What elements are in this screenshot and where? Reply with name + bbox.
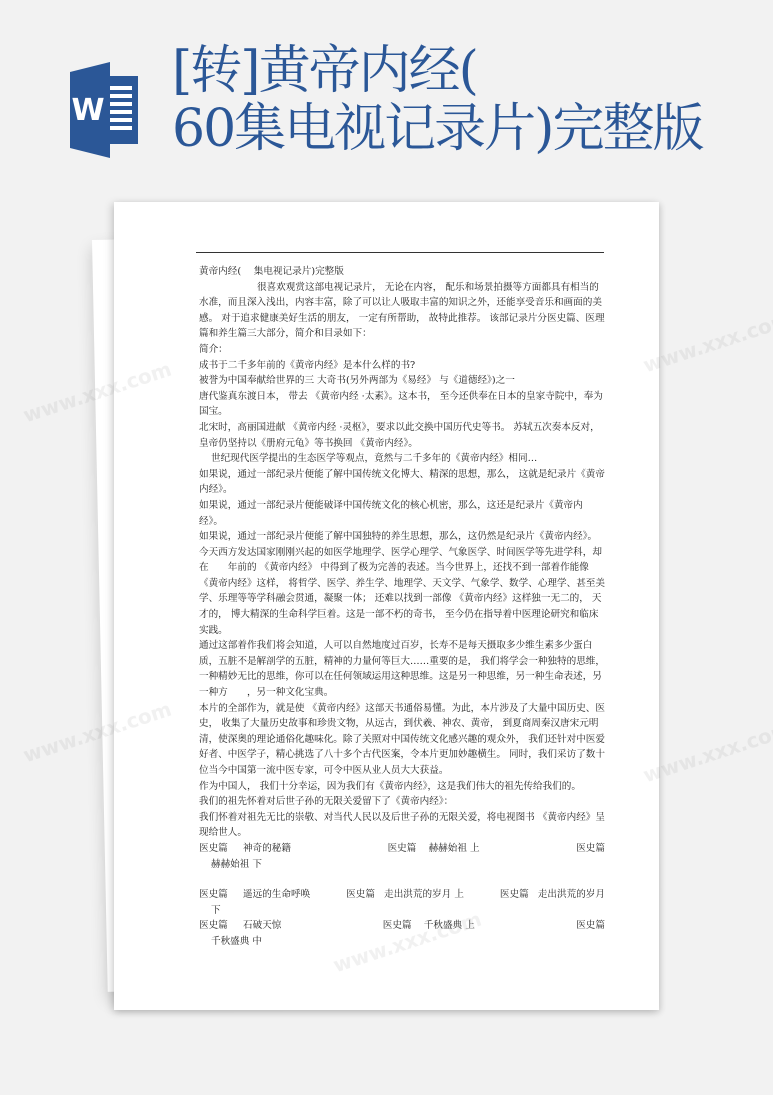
- toc-continuation: 赫赫始祖 下: [199, 857, 605, 873]
- paragraph: 我们怀着对祖先无比的崇敬、对当代人民以及后世子孙的无限关爱，将电视图书 《黄帝内…: [199, 810, 605, 841]
- toc-title: 遥远的生命呼唤: [243, 887, 310, 903]
- paragraph: 很喜欢观赏这部电视记录片， 无论在内容， 配乐和场景拍摄等方面都具有相当的水准，…: [199, 280, 605, 342]
- header-rule: [196, 252, 604, 253]
- header: W [转]黄帝内经( 60集电视记录片)完整版: [0, 0, 773, 200]
- svg-text:W: W: [71, 93, 104, 128]
- toc-title: 走出洪荒的岁月 上: [384, 887, 464, 903]
- toc-row: 医史篇 神奇的秘籍 医史篇 赫赫始祖 上 医史篇: [199, 841, 605, 857]
- toc-section: 医史篇: [199, 887, 228, 903]
- watermark: www.xxx.com: [640, 717, 773, 788]
- paragraph: 作为中国人， 我们十分幸运，因为我们有《黄帝内经》，这是我们伟大的祖先传给我们的…: [199, 779, 605, 795]
- toc-section: 医史篇: [199, 918, 228, 934]
- toc-title: 走出洪荒的岁月: [538, 887, 605, 903]
- watermark: www.xxx.com: [640, 307, 773, 378]
- toc-title: 赫赫始祖 上: [429, 841, 480, 857]
- toc-section: 医史篇: [500, 887, 529, 903]
- paragraph: 成书于二千多年前的《黄帝内经》是本什么样的书?: [199, 358, 605, 374]
- toc-title: 千秋盛典 上: [424, 918, 475, 934]
- paragraph: 世纪现代医学提出的生态医学等观点，竟然与二千多年的《黄帝内经》相同…: [199, 451, 605, 467]
- title-line-2: 60集电视记录片)完整版: [172, 100, 702, 158]
- document-body: 黄帝内经( 集电视记录片)完整版 很喜欢观赏这部电视记录片， 无论在内容， 配乐…: [199, 264, 605, 950]
- toc-continuation: 下: [199, 903, 605, 919]
- paragraph: 如果说，通过一部纪录片便能了解中国传统文化博大、精深的思想，那么， 这就是纪录片…: [199, 467, 605, 498]
- toc-section: 医史篇: [199, 841, 228, 857]
- document-page: 黄帝内经( 集电视记录片)完整版 很喜欢观赏这部电视记录片， 无论在内容， 配乐…: [114, 202, 659, 1010]
- doc-heading: 黄帝内经( 集电视记录片)完整版: [199, 264, 605, 280]
- paragraph: 我们的祖先怀着对后世子孙的无限关爱留下了《黄帝内经》：: [199, 794, 605, 810]
- toc-title: 石破天惊: [243, 918, 281, 934]
- paragraph: 通过这部着作我们将会知道，人可以自然地度过百岁，长寿不是每天摄取多少维生素多少蛋…: [199, 638, 605, 700]
- paragraph: 北宋时，高丽国进献 《黄帝内经 ·灵枢》，要求以此交换中国历代史等书。 苏轼五次…: [199, 420, 605, 451]
- toc-title: 神奇的秘籍: [243, 841, 291, 857]
- page-title: [转]黄帝内经( 60集电视记录片)完整版: [172, 42, 702, 158]
- toc-section: 医史篇: [388, 841, 417, 857]
- paragraph: 唐代鉴真东渡日本， 带去 《黄帝内经 ·太素》。这本书， 至今还供奉在日本的皇家…: [199, 389, 605, 420]
- toc-row: 医史篇 遥远的生命呼唤 医史篇 走出洪荒的岁月 上 医史篇 走出洪荒的岁月: [199, 887, 605, 903]
- paragraph: 本片的全部作为，就是使 《黄帝内经》这部天书通俗易懂。为此，本片涉及了大量中国历…: [199, 701, 605, 779]
- word-document-icon: W: [70, 62, 140, 158]
- toc-section: 医史篇: [576, 841, 605, 857]
- title-line-1: [转]黄帝内经(: [172, 42, 702, 100]
- table-of-contents: 医史篇 神奇的秘籍 医史篇 赫赫始祖 上 医史篇 赫赫始祖 下 医史篇 遥远的生…: [199, 841, 605, 950]
- paragraph: 如果说，通过一部纪录片便能了解中国独特的养生思想，那么，这仍然是纪录片《黄帝内经…: [199, 529, 605, 638]
- toc-section: 医史篇: [383, 918, 412, 934]
- paragraph: 被誉为中国奉献给世界的三 大奇书(另外两部为《易经》 与《道德经》)之一: [199, 373, 605, 389]
- paragraph: 如果说，通过一部纪录片便能破译中国传统文化的核心机密，那么，这还是纪录片《黄帝内…: [199, 498, 605, 529]
- toc-section: 医史篇: [576, 918, 605, 934]
- toc-row: 医史篇 石破天惊 医史篇 千秋盛典 上 医史篇: [199, 918, 605, 934]
- paragraph: 简介：: [199, 342, 605, 358]
- toc-continuation: 千秋盛典 中: [199, 934, 605, 950]
- toc-section: 医史篇: [346, 887, 375, 903]
